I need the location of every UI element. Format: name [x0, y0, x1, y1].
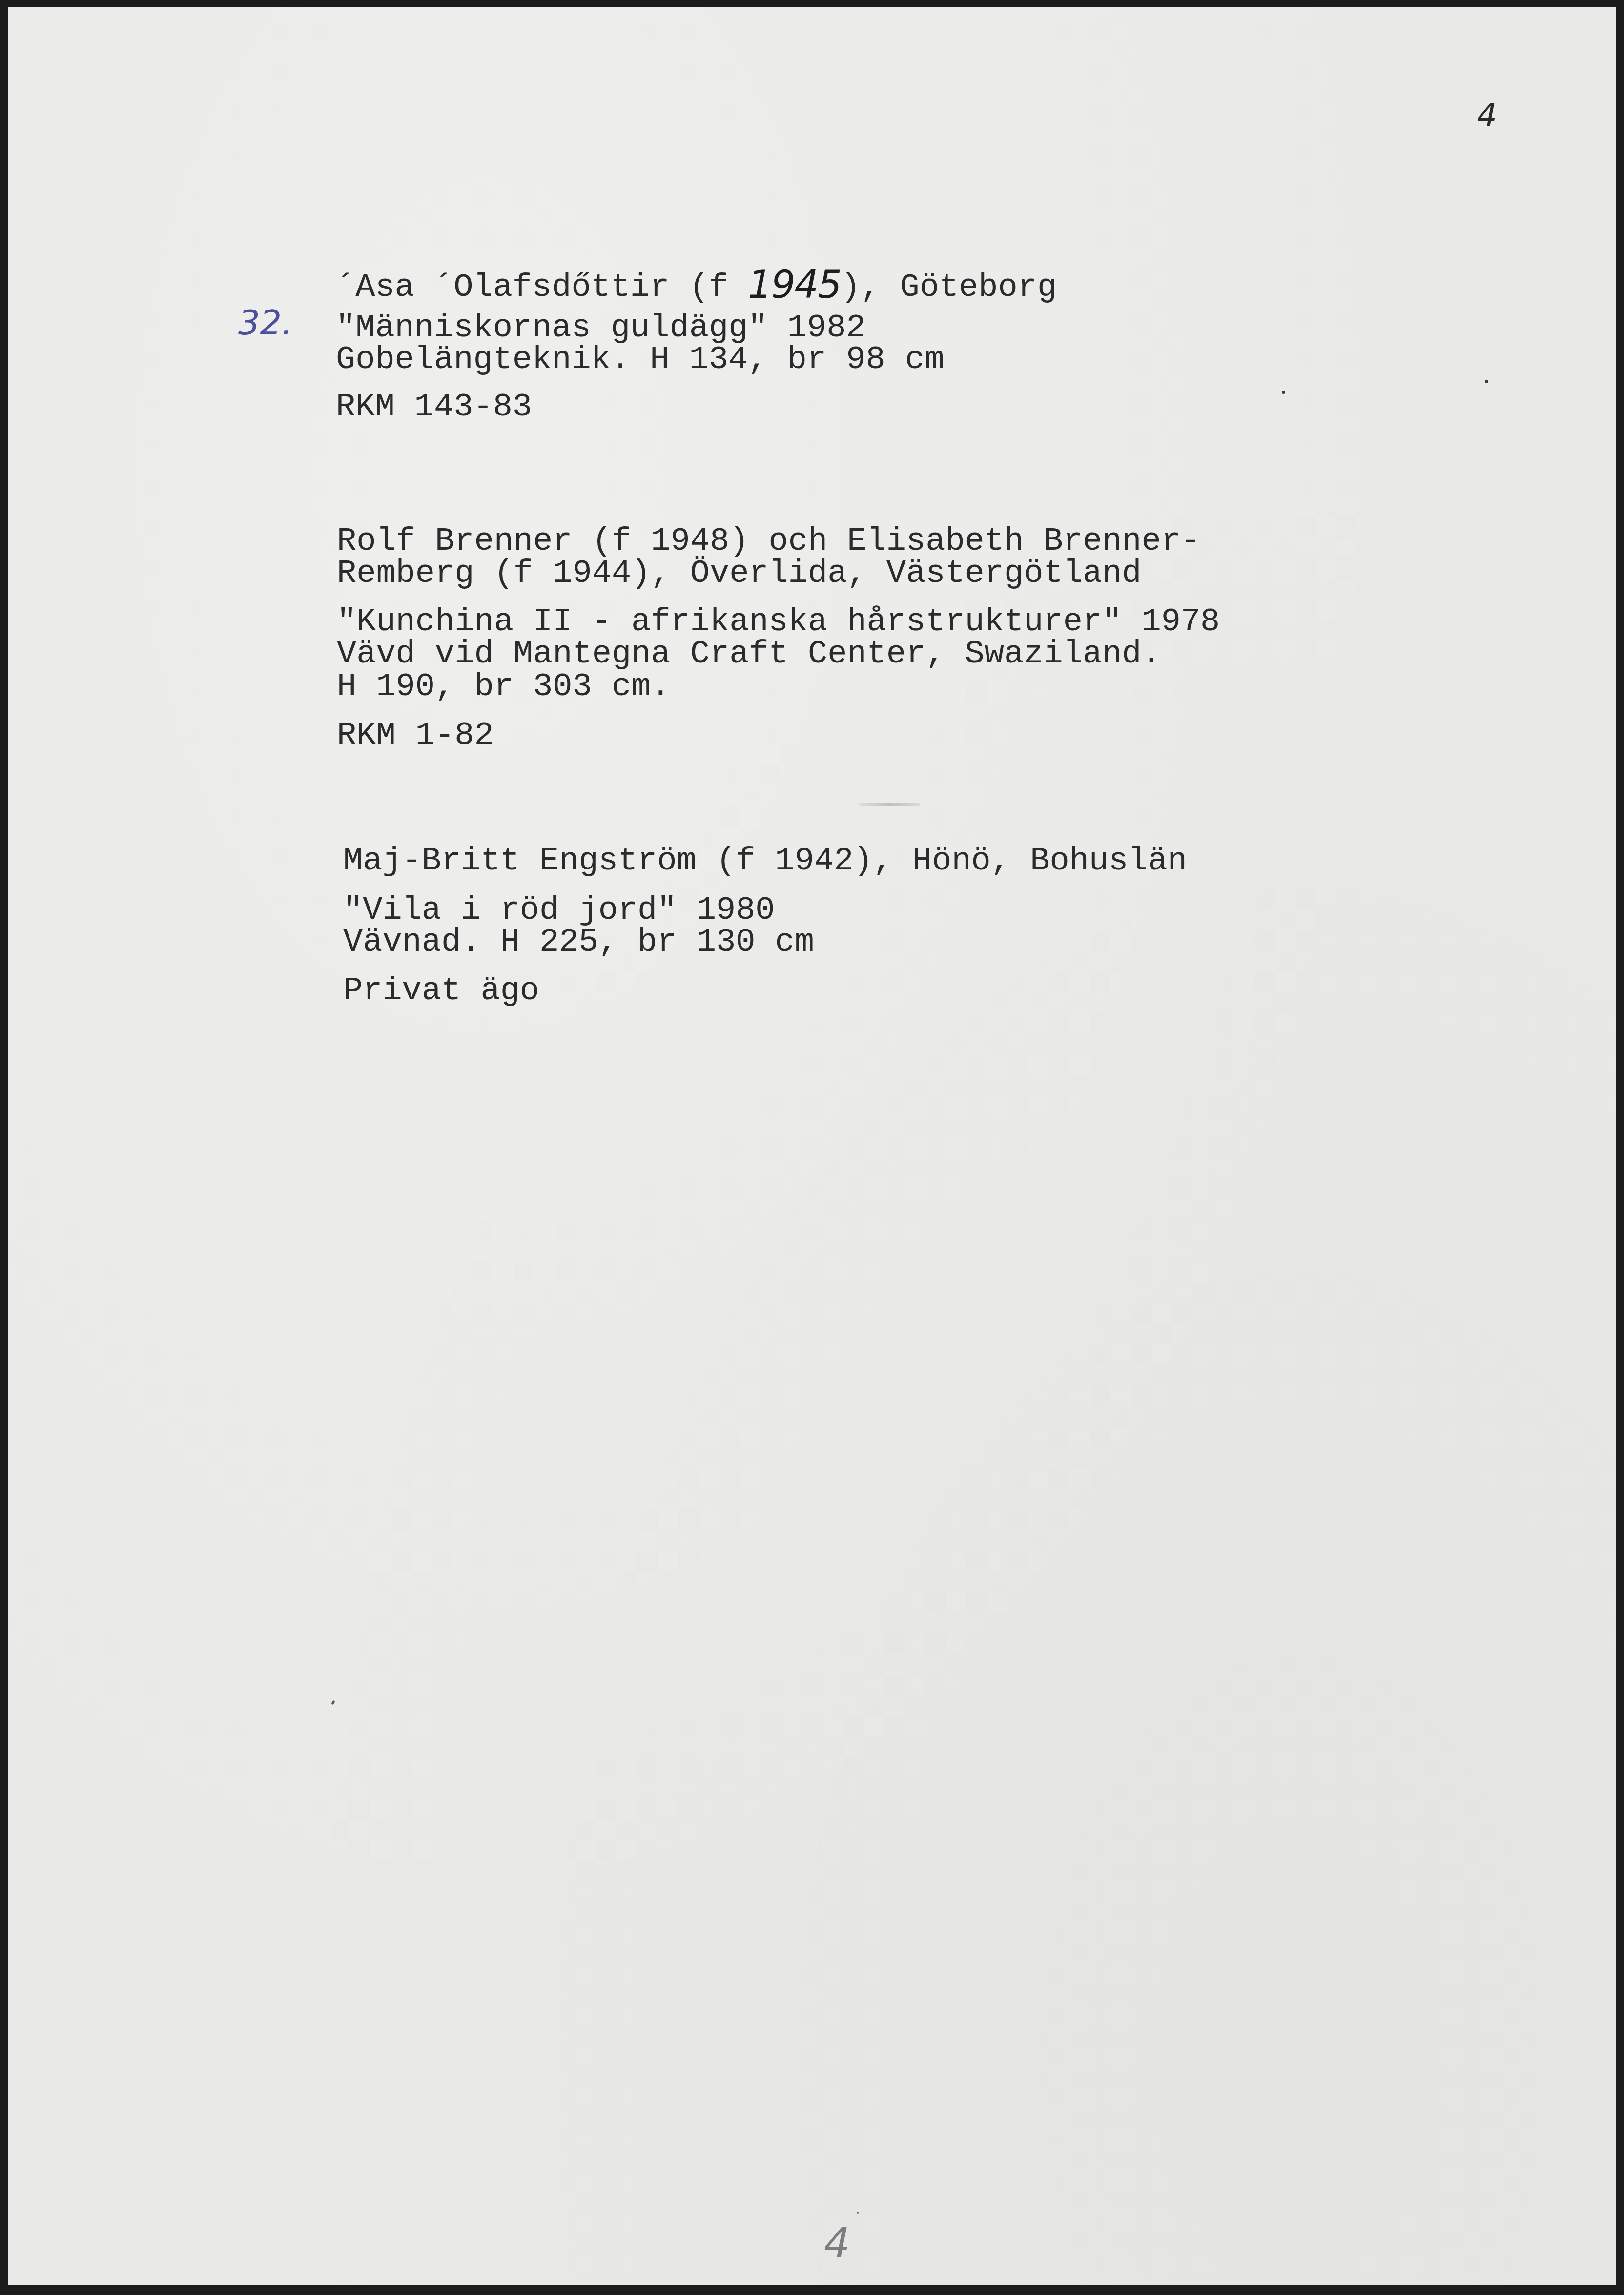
entry-3-technique: Vävnad. H 225, br 130 cm: [343, 926, 814, 959]
handwritten-birth-year: 1945: [748, 263, 841, 307]
entry-3-title: "Vila i röd jord" 1980: [343, 894, 775, 927]
entry-2-artist-line-1: Rolf Brenner (f 1948) och Elisabeth Bren…: [337, 525, 1200, 558]
entry-1-owner: RKM 143-83: [336, 391, 532, 424]
pencil-smudge: [859, 803, 920, 806]
entry-2-technique-line-1: Vävd vid Mantegna Craft Center, Swazilan…: [337, 638, 1161, 671]
entry-2-owner: RKM 1-82: [337, 720, 494, 752]
entry-3-owner: Privat ägo: [343, 975, 539, 1008]
entry-2-title: "Kunchina II - afrikanska hårstrukturer"…: [337, 606, 1220, 639]
dust-speck: [1485, 380, 1488, 383]
artist-location: ), Göteborg: [841, 269, 1057, 306]
dust-speck: [857, 2212, 859, 2214]
entry-1-technique: Gobelängteknik. H 134, br 98 cm: [336, 344, 944, 376]
dust-speck: [1282, 391, 1285, 394]
page-number-bottom: 4: [824, 2222, 850, 2263]
entry-2-artist-line-2: Remberg (f 1944), Överlida, Västergötlan…: [337, 558, 1141, 590]
entry-2-technique-line-2: H 190, br 303 cm.: [337, 671, 671, 703]
entry-3-artist-line: Maj-Britt Engström (f 1942), Hönö, Bohus…: [343, 845, 1187, 878]
entry-1-title: "Människornas guldägg" 1982: [336, 312, 866, 345]
page-number-top: 4: [1477, 100, 1497, 131]
catalog-number-annotation: 32.: [238, 306, 292, 340]
entry-1-artist-line: ´Asa ´Olafsdőttir (f 1945), Göteborg: [336, 264, 1057, 304]
artist-name: ´Asa ´Olafsdőttir (f: [336, 269, 748, 306]
